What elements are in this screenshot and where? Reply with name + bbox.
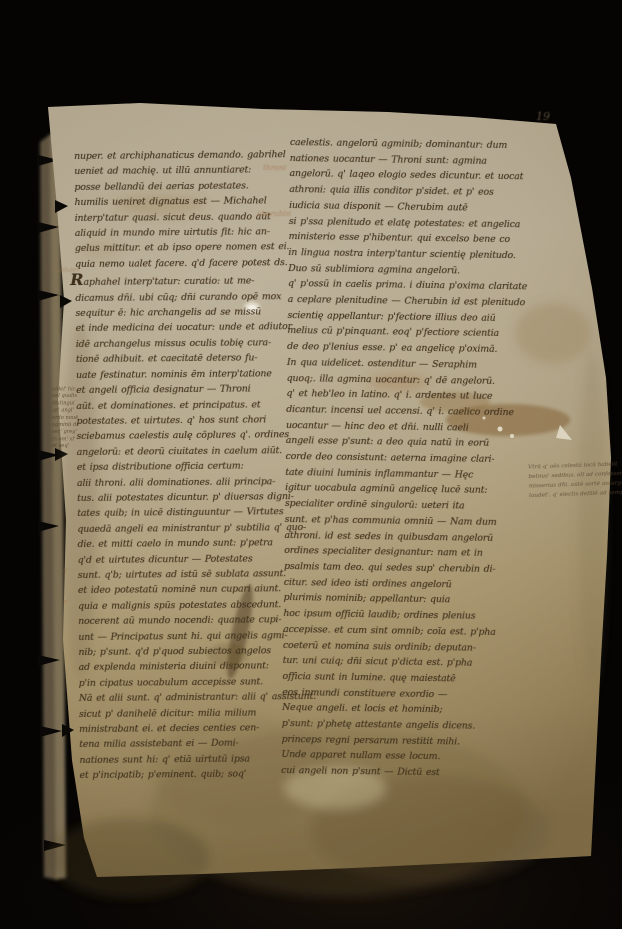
manuscript-photo: 19 nuper. et archiphanaticus demando. ga…	[0, 0, 622, 929]
gloss-line: et seq'	[52, 443, 86, 450]
folio-number: 19	[536, 110, 550, 123]
right-text-column: caelestis. angelorū agminib; dominantur:…	[281, 135, 529, 782]
text-line: dicamus dn̄i. ubi cūq; dn̄i curando opē …	[75, 289, 312, 306]
rubric-cherubin: cherubin	[257, 209, 291, 218]
text-line: nocerent aū mundo nocendi: quanate cupi-	[78, 612, 315, 629]
gloss-line: uidel' hic	[52, 386, 86, 393]
gloss-line: distingui	[52, 400, 86, 407]
gloss-line: uel qualis	[52, 393, 86, 400]
gloss-line: sec' greg'	[52, 429, 86, 436]
text-line: gelus mittitur. et ab ipso opere nomen e…	[75, 239, 312, 256]
text-line: et inde medicina dei uocatur: unde et ad…	[76, 319, 313, 336]
text-line: cui angeli non p'sunt — Dictū est	[281, 763, 520, 782]
text-line: quia nemo ualet facere. q'd facere potes…	[75, 255, 312, 272]
right-margin-note: Vtrū q' oēs celestū locū habeātbetnus' s…	[528, 460, 615, 501]
gloss-line: ap' angl'	[52, 407, 86, 414]
gloss-line: in om' xl'	[52, 436, 86, 443]
text-line: tates quib; in uicē distinguuntur — Virt…	[77, 504, 314, 521]
margin-mark: q'	[63, 587, 68, 618]
text-line: nuper. et archiphanaticus demando. gabri…	[74, 147, 311, 164]
gloss-line: agminū dr'	[52, 422, 86, 429]
text-line: Nā et alii sunt. q' administrantur: alii…	[79, 689, 316, 706]
text-line: Raphahel interp'tatur: curatio: ut me-	[75, 270, 312, 290]
rubric-throni: throni	[263, 163, 286, 172]
text-line: quaedā angeli ea ministrantur p' subtili…	[77, 520, 314, 537]
left-margin-gloss: uidel' hicuel qualisdistinguiap' angl'or…	[52, 386, 86, 450]
text-line: unt — Principatus sunt hi. qui angelis a…	[78, 628, 315, 645]
margin-mark: q'	[63, 556, 68, 587]
gloss-line: ordo nouē	[52, 415, 86, 422]
text-line: angelorū: et deorū ciuitates in caelum a…	[77, 443, 314, 460]
text-line: et ideo potestatū nominē nun cupari aiun…	[78, 581, 315, 598]
left-margin-marks: q'q'	[63, 556, 68, 618]
text-line: sciebamus caelestis aulę cōplures q'. or…	[76, 427, 313, 444]
left-text-column: nuper. et archiphanaticus demando. gabri…	[74, 147, 317, 784]
faint-marginal-raphael: raphael	[52, 266, 79, 274]
